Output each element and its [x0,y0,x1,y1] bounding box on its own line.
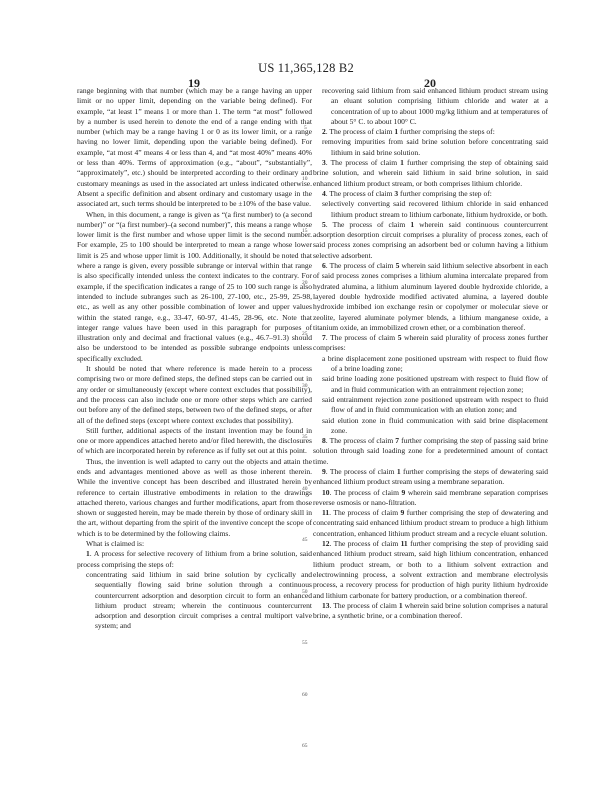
paragraph: Thus, the invention is well adapted to c… [77,457,312,539]
claim-number: 13 [322,601,330,610]
right-text-column: recovering said lithium from said enhanc… [313,86,548,621]
claim-number: 10 [322,488,330,497]
claim-text: . The process of claim [326,127,395,136]
paragraph: range beginning with that number (which … [77,86,312,210]
claim-number: 12 [322,539,330,548]
claim-reference: 11 [401,539,408,548]
claim-text: further comprising the step of: [398,189,492,198]
claim-text: . The process of claim [326,220,411,229]
claim-text: . The process of claim [326,189,395,198]
claim-5: 5. The process of claim 1 wherein said c… [313,220,548,261]
claim-text: . The process of claim [330,601,399,610]
claim-text: . The process of claim [330,539,401,548]
claim-12: 12. The process of claim 11 further comp… [313,539,548,601]
paragraph: It should be noted that where reference … [77,364,312,426]
paragraph: When, in this document, a range is given… [77,210,312,364]
claim-text: . The process of claim [326,158,400,167]
claim-1-step: recovering said lithium from said enhanc… [313,86,548,127]
line-number: 55 [302,640,308,646]
claim-10: 10. The process of claim 9 wherein said … [313,488,548,509]
claim-8: 8. The process of claim 7 further compri… [313,436,548,467]
paragraph: Still further, additional aspects of the… [77,426,312,457]
claim-step: said elution zone in fluid communication… [313,416,548,437]
left-text-column: range beginning with that number (which … [77,86,312,632]
claim-step: said brine loading zone positioned upstr… [313,374,548,395]
claim-text: . A process for selective recovery of li… [77,549,312,568]
claim-text: wherein said lithium selective absorbent… [313,261,548,332]
claim-step: a brine displacement zone positioned ups… [313,354,548,375]
claim-step: said entrainment rejection zone position… [313,395,548,416]
claim-text: . The process of claim [326,467,397,476]
line-number: 65 [302,743,308,749]
claim-text: further comprising the steps of: [398,127,495,136]
claim-1-step: concentrating said lithium in said brine… [77,570,312,632]
claim-6: 6. The process of claim 5 wherein said l… [313,261,548,333]
line-number: 60 [302,692,308,698]
claim-3: 3. The process of claim 1 further compri… [313,158,548,189]
claim-text: . The process of claim [330,488,402,497]
claim-13: 13. The process of claim 1 wherein said … [313,601,548,622]
claim-2: 2. The process of claim 1 further compri… [313,127,548,137]
claim-text: . The process of claim [326,333,398,342]
claim-text: . The process of claim [329,508,400,517]
claim-step: selectively converting said recovered li… [313,199,548,220]
claim-11: 11. The process of claim 9 further compr… [313,508,548,539]
claim-text: further comprising the step of providing… [313,539,548,599]
patent-number: US 11,365,128 B2 [0,61,612,76]
claim-9: 9. The process of claim 1 further compri… [313,467,548,488]
claim-text: . The process of claim [326,261,396,270]
claim-7: 7. The process of claim 5 wherein said p… [313,333,548,354]
claim-text: . The process of claim [326,436,395,445]
claim-4: 4. The process of claim 3 further compri… [313,189,548,199]
claims-intro: What is claimed is: [77,539,312,549]
claims-list: 2. The process of claim 1 further compri… [313,127,548,621]
claim-1: 1. A process for selective recovery of l… [77,549,312,570]
claim-step: removing impurities from said brine solu… [313,137,548,158]
